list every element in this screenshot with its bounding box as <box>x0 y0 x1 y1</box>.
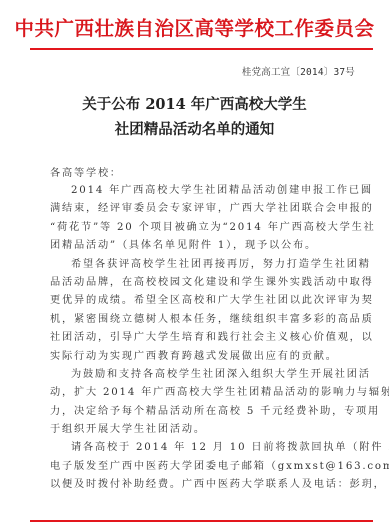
document-number: 桂党高工宣〔2014〕37号 <box>242 64 355 78</box>
body-text: 2014 年广西高校大学生社团精品活动创建申报工作已圆 满结束，经评审委员会专家… <box>50 182 368 495</box>
text-line: 满结束，经评审委员会专家评审，广西大学社团联合会申报的 <box>50 200 368 218</box>
paragraph-2: 希望各获评高校学生社团再接再厉，努力打造学生社团精 品活动品牌，在高校校园文化建… <box>50 256 368 366</box>
paragraph-4: 请各高校于 2014 年 12 月 10 日前将拨款回执单（附件 2） 电子版发… <box>50 439 368 494</box>
text-line: 机，紧密围绕立德树人根本任务，继续组织丰富多彩的高品质 <box>50 311 368 329</box>
text-line: “荷花节”等 20 个项目被确立为“2014 年广西高校大学生社 <box>50 219 368 237</box>
footer-red-rule <box>30 520 373 522</box>
text-line: 于组织开展大学生社团活动。 <box>50 421 368 439</box>
text-line: 品活动品牌，在高校校园文化建设和学生课外实践活动中取得 <box>50 274 368 292</box>
paragraph-3: 为鼓励和支持各高校学生社团深入组织大学生开展社团活 动，扩大 2014 年广西高… <box>50 366 368 440</box>
text-line: 为鼓励和支持各高校学生社团深入组织大学生开展社团活 <box>50 366 368 384</box>
organization-header: 中共广西壮族自治区高等学校工作委员会 <box>0 17 389 41</box>
document-title-line-1: 关于公布 2014 年广西高校大学生 <box>0 93 389 117</box>
salutation: 各高等学校： <box>50 164 122 179</box>
document-title-line-2: 社团精品活动名单的通知 <box>0 118 389 142</box>
text-line: 希望各获评高校学生社团再接再厉，努力打造学生社团精 <box>50 256 368 274</box>
paragraph-1: 2014 年广西高校大学生社团精品活动创建申报工作已圆 满结束，经评审委员会专家… <box>50 182 368 256</box>
text-line: 电子版发至广西中医药大学团委电子邮箱（gxmxst@163.com）， <box>50 458 368 476</box>
text-line: 动，扩大 2014 年广西高校大学生社团精品活动的影响力与辐射 <box>50 384 368 402</box>
text-line: 2014 年广西高校大学生社团精品活动创建申报工作已圆 <box>50 182 368 200</box>
text-line: 团精品活动”（具体名单见附件 1），现予以公布。 <box>50 237 368 255</box>
text-line: 力，决定给予每个精品活动所在高校 5 千元经费补助，专项用 <box>50 403 368 421</box>
text-line: 请各高校于 2014 年 12 月 10 日前将拨款回执单（附件 2） <box>50 439 368 457</box>
text-line: 社团活动，引导广大学生培育和践行社会主义核心价值观，以 <box>50 329 368 347</box>
header-red-rule <box>30 48 373 50</box>
text-line: 实际行动为实现广西教育跨越式发展做出应有的贡献。 <box>50 348 368 366</box>
text-line: 以便及时拨付补助经费。广西中医药大学联系人及电话：彭玥， <box>50 476 368 494</box>
text-line: 更优异的成绩。希望全区高校和广大学生社团以此次评审为契 <box>50 292 368 310</box>
